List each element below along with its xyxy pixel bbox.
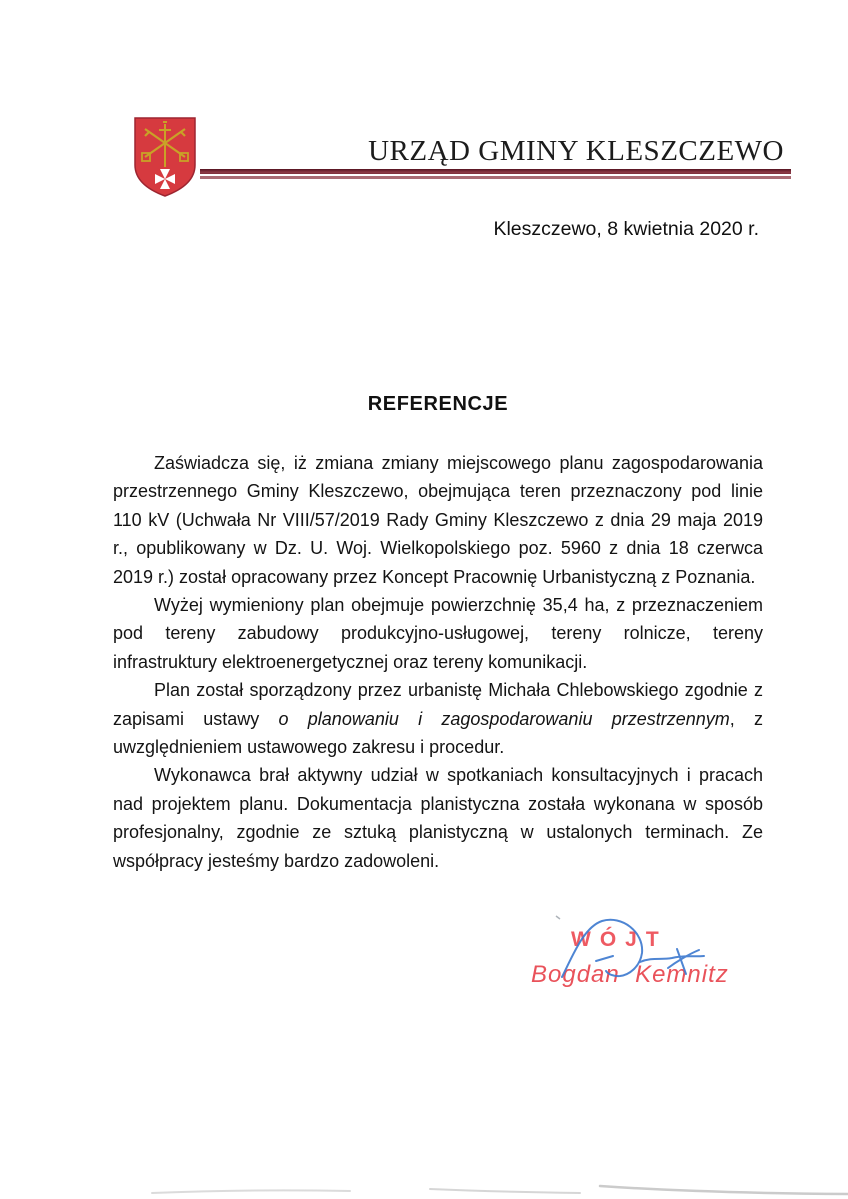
scan-edge-artifacts	[0, 1178, 848, 1199]
letter-body: Zaświadcza się, iż zmiana zmiany miejsco…	[113, 449, 763, 875]
document-heading: REFERENCJE	[113, 393, 763, 416]
paragraph-1: Zaświadcza się, iż zmiana zmiany miejsco…	[113, 449, 763, 591]
paragraph-4: Wykonawca brał aktywny udział w spotkani…	[113, 761, 763, 875]
office-title: URZĄD GMINY KLESZCZEWO	[368, 135, 784, 168]
pen-dot	[556, 916, 560, 919]
header-divider-line	[200, 169, 791, 179]
paragraph-3: Plan został sporządzony przez urbanistę …	[113, 676, 763, 761]
municipality-coat-of-arms-icon	[134, 117, 196, 197]
divider-thin-bar	[200, 176, 791, 179]
paragraph-3-statute-title: o planowaniu i zagospodarowaniu przestrz…	[279, 709, 730, 729]
paragraph-2: Wyżej wymieniony plan obejmuje powierzch…	[113, 591, 763, 676]
letter-date: Kleszczewo, 8 kwietnia 2020 r.	[493, 218, 759, 241]
handwritten-signature-icon	[540, 905, 770, 995]
scanned-letter-page: URZĄD GMINY KLESZCZEWO Kleszczewo, 8 kwi…	[0, 0, 848, 1199]
